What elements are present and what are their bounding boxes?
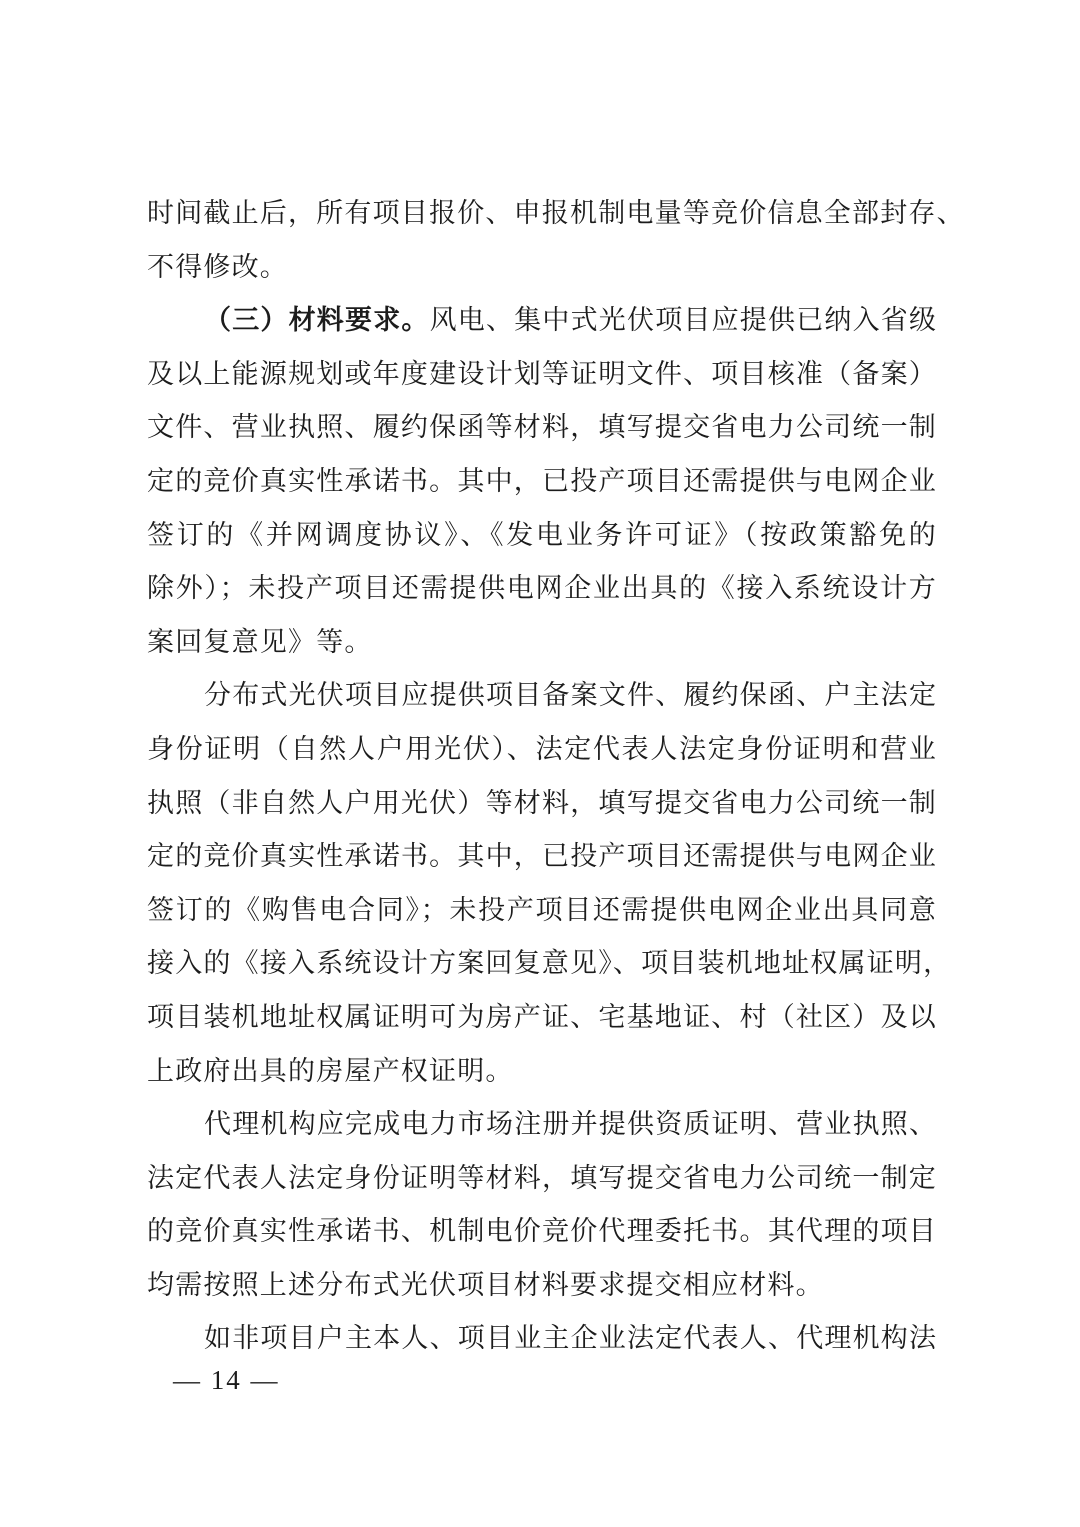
text-line: 签订的《并网调度协议》、《发电业务许可证》（按政策豁免的 <box>147 509 937 563</box>
text-line: 代理机构应完成电力市场注册并提供资质证明、营业执照、 <box>147 1098 937 1152</box>
text-line: 接入的《接入系统设计方案回复意见》、项目装机地址权属证明， <box>147 937 937 991</box>
paragraph-bid-info-sealed: 时间截止后，所有项目报价、申报机制电量等竞价信息全部封存、 不得修改。 <box>147 187 937 294</box>
text-line: 文件、营业执照、履约保函等材料，填写提交省电力公司统一制 <box>147 401 937 455</box>
text-line: 定的竞价真实性承诺书。其中，已投产项目还需提供与电网企业 <box>147 455 937 509</box>
text-run: 风电、集中式光伏项目应提供已纳入省级 <box>430 305 938 336</box>
text-line: 项目装机地址权属证明可为房产证、宅基地证、村（社区）及以 <box>147 991 937 1045</box>
document-page: 时间截止后，所有项目报价、申报机制电量等竞价信息全部封存、 不得修改。 （三）材… <box>0 0 1080 1527</box>
text-line: （三）材料要求。风电、集中式光伏项目应提供已纳入省级 <box>147 294 937 348</box>
text-line: 法定代表人法定身份证明等材料，填写提交省电力公司统一制定 <box>147 1152 937 1206</box>
text-line: 签订的《购售电合同》；未投产项目还需提供电网企业出具同意 <box>147 884 937 938</box>
section-heading: （三）材料要求。 <box>204 305 430 336</box>
text-line: 除外）；未投产项目还需提供电网企业出具的《接入系统设计方 <box>147 562 937 616</box>
text-line: 案回复意见》等。 <box>147 616 937 670</box>
paragraph-distributed-pv: 分布式光伏项目应提供项目备案文件、履约保函、户主法定 身份证明（自然人户用光伏）… <box>147 669 937 1098</box>
paragraph-non-owner: 如非项目户主本人、项目业主企业法定代表人、代理机构法 <box>147 1312 937 1366</box>
text-line: 不得修改。 <box>147 241 937 295</box>
text-line: 及以上能源规划或年度建设计划等证明文件、项目核准（备案） <box>147 348 937 402</box>
text-line: 身份证明（自然人户用光伏）、法定代表人法定身份证明和营业 <box>147 723 937 777</box>
text-line: 执照（非自然人户用光伏）等材料，填写提交省电力公司统一制 <box>147 777 937 831</box>
page-number: — 14 — <box>173 1364 280 1396</box>
text-line: 时间截止后，所有项目报价、申报机制电量等竞价信息全部封存、 <box>147 187 937 241</box>
text-line: 定的竞价真实性承诺书。其中，已投产项目还需提供与电网企业 <box>147 830 937 884</box>
text-line: 分布式光伏项目应提供项目备案文件、履约保函、户主法定 <box>147 669 937 723</box>
body-text: 时间截止后，所有项目报价、申报机制电量等竞价信息全部封存、 不得修改。 （三）材… <box>147 187 937 1366</box>
text-line: 的竞价真实性承诺书、机制电价竞价代理委托书。其代理的项目 <box>147 1205 937 1259</box>
paragraph-agency: 代理机构应完成电力市场注册并提供资质证明、营业执照、 法定代表人法定身份证明等材… <box>147 1098 937 1312</box>
text-line: 上政府出具的房屋产权证明。 <box>147 1045 937 1099</box>
text-line: 均需按照上述分布式光伏项目材料要求提交相应材料。 <box>147 1259 937 1313</box>
text-line: 如非项目户主本人、项目业主企业法定代表人、代理机构法 <box>147 1312 937 1366</box>
paragraph-material-requirements: （三）材料要求。风电、集中式光伏项目应提供已纳入省级 及以上能源规划或年度建设计… <box>147 294 937 669</box>
